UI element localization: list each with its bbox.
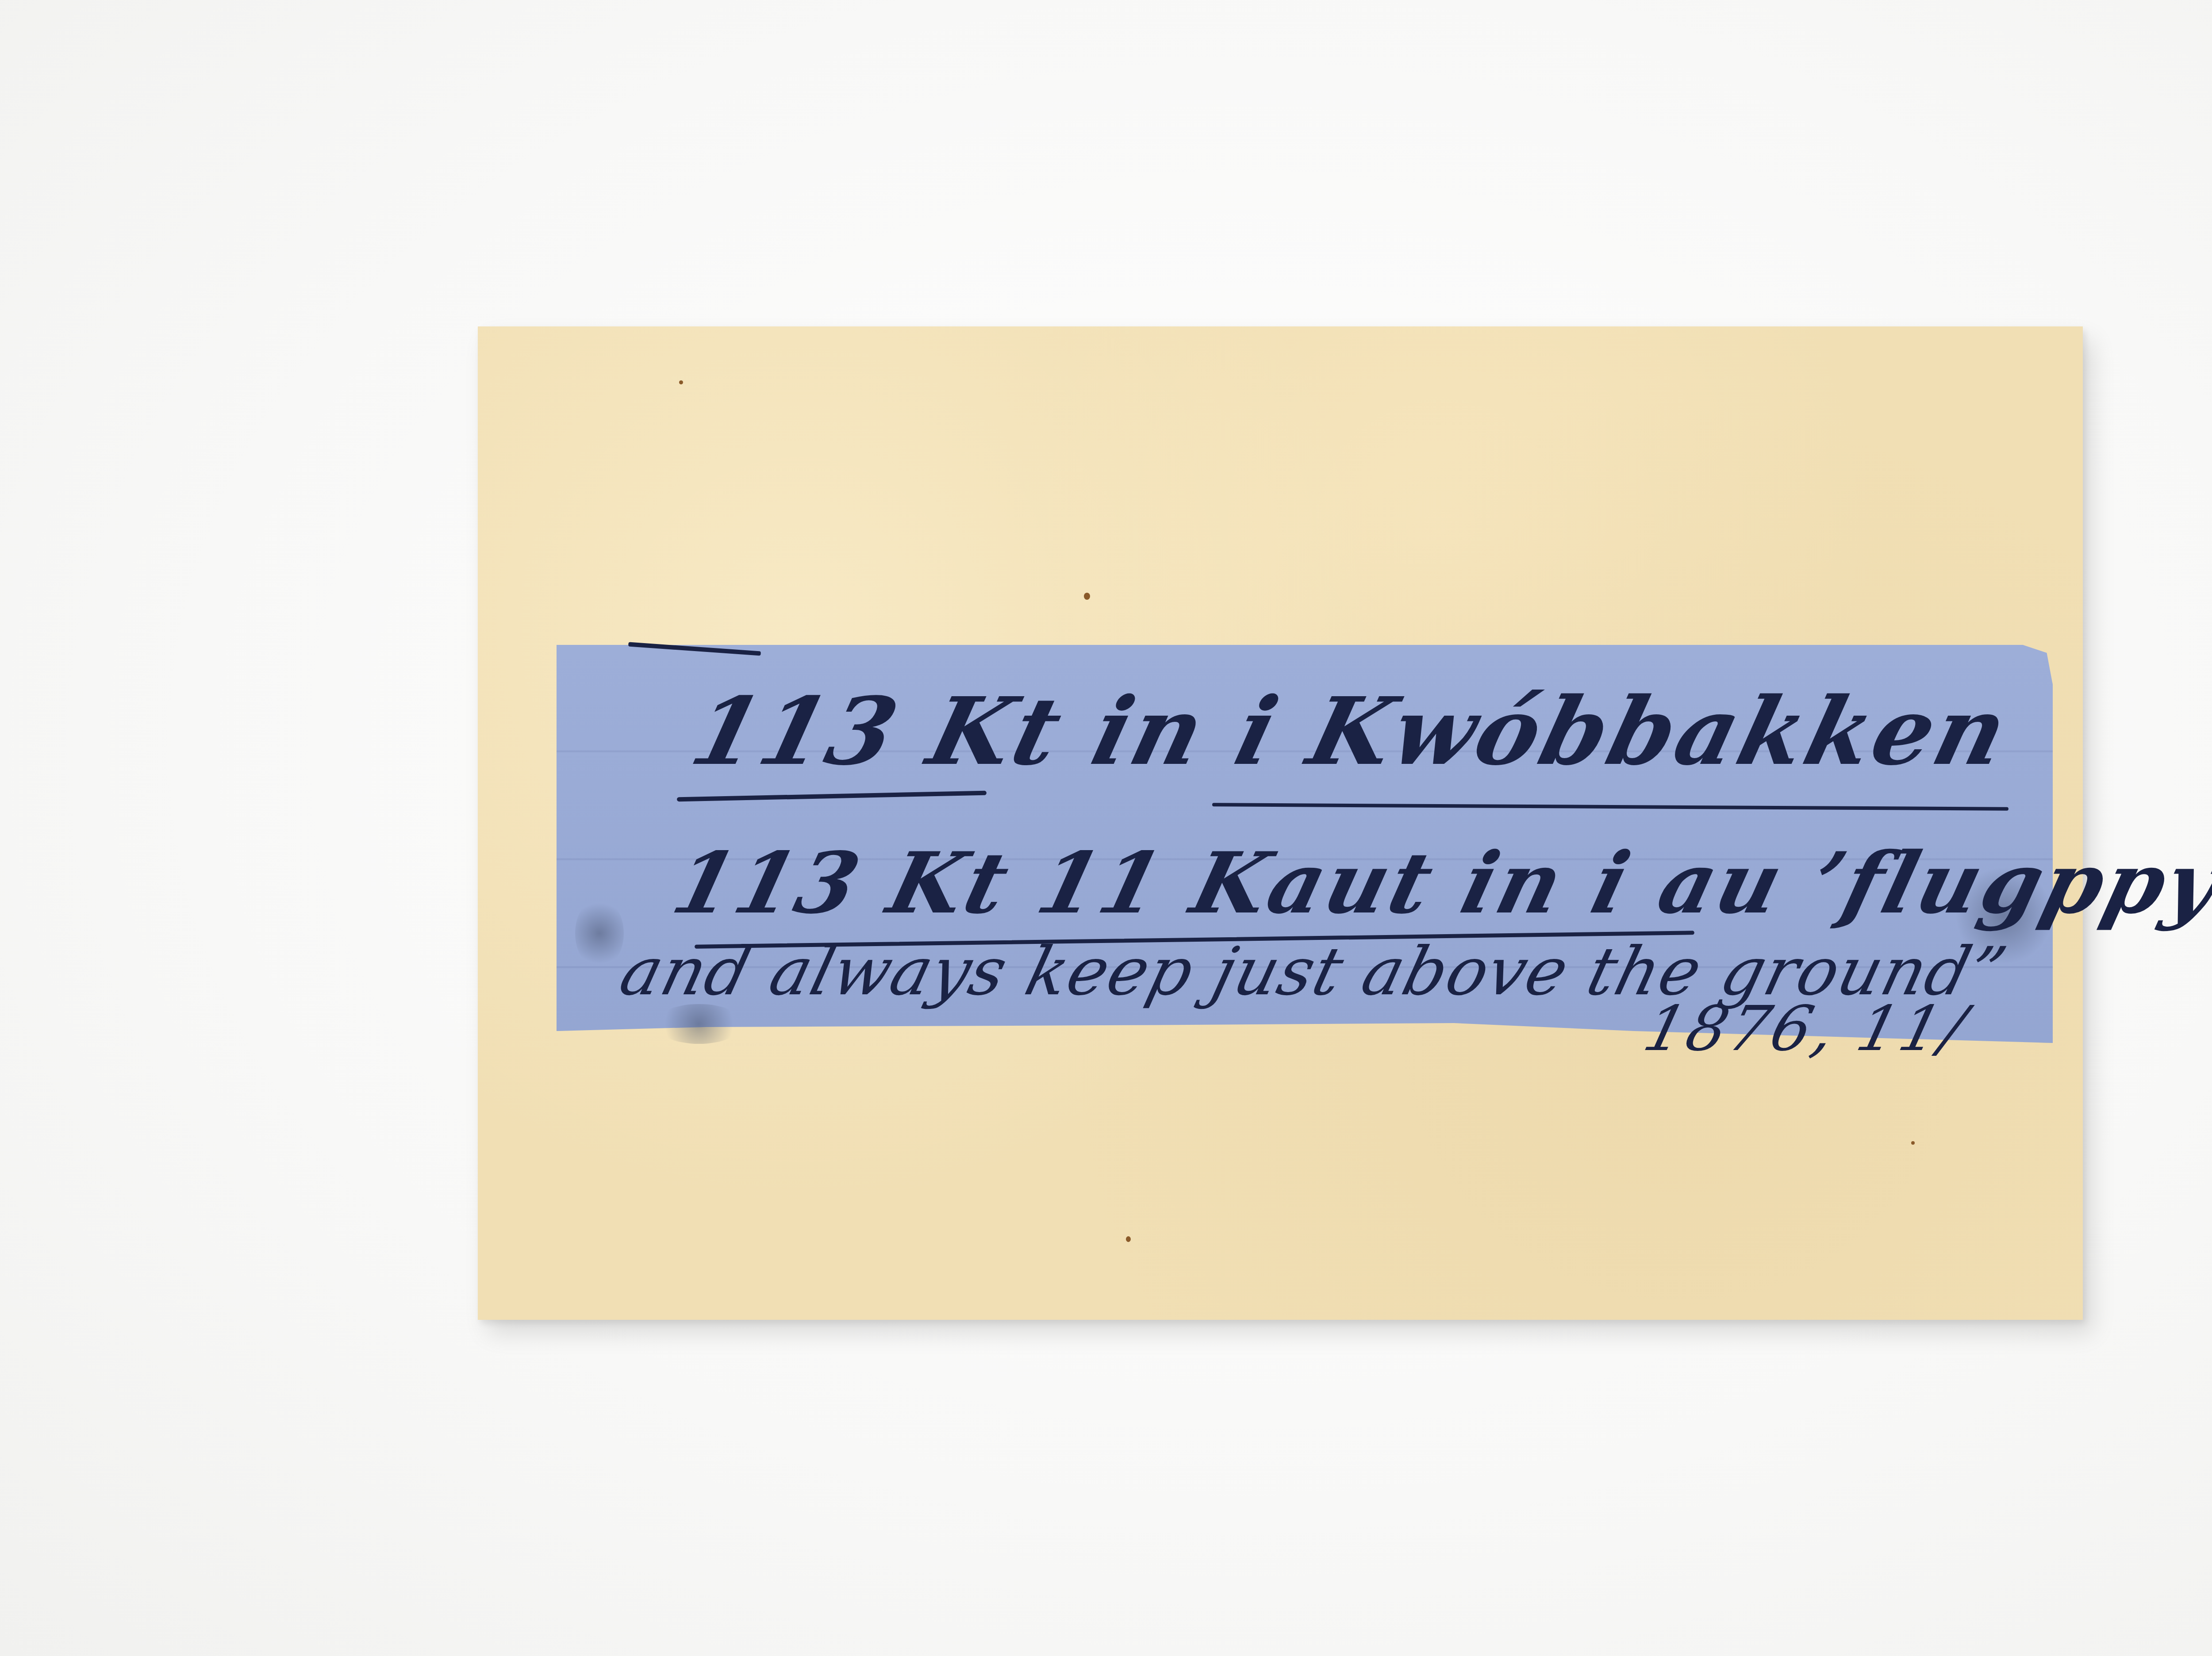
- paper-speck: [1911, 1141, 1915, 1145]
- label-line-1: 113 Kt in i Kwóbbakken: [681, 677, 2020, 786]
- paper-speck: [1084, 593, 1090, 600]
- paper-speck: [1126, 1236, 1131, 1242]
- label-line-2: 113 Kt 11 Kaut in i au ’flugppy: [664, 834, 2212, 932]
- paper-speck: [679, 380, 683, 384]
- label-line-4-date: 1876, 11/: [1637, 993, 1975, 1065]
- ink-smudge: [575, 898, 624, 969]
